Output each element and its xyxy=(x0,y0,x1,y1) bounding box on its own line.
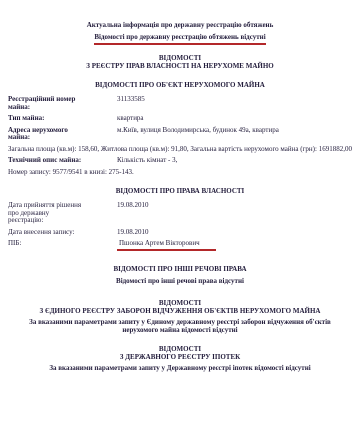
object-fields: Реєстраційний номер майна: 31133585 Тип … xyxy=(0,96,360,176)
encumbrance-notice-line2: Відомості про державну реєстрацію обтяже… xyxy=(0,33,360,45)
prohibitions-title: ВІДОМОСТІ З ЄДИНОГО РЕЄСТРУ ЗАБОРОН ВІДЧ… xyxy=(0,299,360,315)
field-value: 19.08.2010 xyxy=(117,202,354,225)
field-label: Тип майна: xyxy=(8,115,110,123)
prohibitions-note: За вказаними параметрами запиту у Єдином… xyxy=(0,318,360,334)
field-value: квартира xyxy=(117,115,354,123)
registry-title: ВІДОМОСТІ З РЕЄСТРУ ПРАВ ВЛАСНОСТІ НА НЕ… xyxy=(0,54,360,70)
field-value: м.Київ, вулиця Володимирська, будинок 49… xyxy=(117,127,354,142)
red-underline-annotation: Пшонка Артем Вікторович xyxy=(117,240,216,251)
field-value: Кількість кімнат - 3, xyxy=(117,157,354,165)
field-row-type: Тип майна: квартира xyxy=(0,115,360,123)
mortgages-title-line2: З ДЕРЖАВНОГО РЕЄСТРУ ІПОТЕК xyxy=(0,353,360,361)
field-label: Адреса нерухомого майна: xyxy=(8,127,110,142)
field-label: ПІБ: xyxy=(8,240,110,251)
mortgages-title: ВІДОМОСТІ З ДЕРЖАВНОГО РЕЄСТРУ ІПОТЕК xyxy=(0,345,360,361)
prohibitions-title-line2: З ЄДИНОГО РЕЄСТРУ ЗАБОРОН ВІДЧУЖЕННЯ ОБ'… xyxy=(0,307,360,315)
red-underline-annotation: Відомості про державну реєстрацію обтяже… xyxy=(94,33,265,45)
field-label: Реєстраційний номер майна: xyxy=(8,96,110,111)
registry-title-line1: ВІДОМОСТІ xyxy=(0,54,360,62)
record-number-line: Номер запису: 9577/9541 в книзі: 275-143… xyxy=(0,169,360,177)
prohibitions-title-line1: ВІДОМОСТІ xyxy=(0,299,360,307)
mortgages-note: За вказаними параметрами запиту у Держав… xyxy=(0,364,360,372)
field-value: Пшонка Артем Вікторович xyxy=(117,240,354,251)
field-row-decision-date: Дата прийняття рішення про державну реєс… xyxy=(0,202,360,225)
encumbrance-notice: Актуальна інформація про державну реєстр… xyxy=(0,21,360,45)
other-rights-note: Відомості про інші речові права відсутні xyxy=(0,277,360,285)
field-row-address: Адреса нерухомого майна: м.Київ, вулиця … xyxy=(0,127,360,142)
field-row-owner-name: ПІБ: Пшонка Артем Вікторович xyxy=(0,240,360,251)
object-section-title: ВІДОМОСТІ ПРО ОБ'ЄКТ НЕРУХОМОГО МАЙНА xyxy=(0,81,360,90)
document-page: Актуальна інформація про державну реєстр… xyxy=(0,0,360,447)
mortgages-title-line1: ВІДОМОСТІ xyxy=(0,345,360,353)
field-value: 31133585 xyxy=(117,96,354,111)
field-value: 19.08.2010 xyxy=(117,229,354,237)
ownership-section-title: ВІДОМОСТІ ПРО ПРАВА ВЛАСНОСТІ xyxy=(0,187,360,196)
field-row-tech-description: Технічний опис майна: Кількість кімнат -… xyxy=(0,157,360,165)
field-row-reg-number: Реєстраційний номер майна: 31133585 xyxy=(0,96,360,111)
encumbrance-notice-line1: Актуальна інформація про державну реєстр… xyxy=(0,21,360,30)
ownership-fields: Дата прийняття рішення про державну реєс… xyxy=(0,202,360,251)
area-paragraph: Загальна площа (кв.м): 158,60, Житлова п… xyxy=(0,146,360,154)
field-label: Технічний опис майна: xyxy=(8,157,110,165)
other-rights-title: ВІДОМОСТІ ПРО ІНШІ РЕЧОВІ ПРАВА xyxy=(0,265,360,274)
registry-title-line2: З РЕЄСТРУ ПРАВ ВЛАСНОСТІ НА НЕРУХОМЕ МАЙ… xyxy=(0,62,360,70)
field-row-entry-date: Дата внесення запису: 19.08.2010 xyxy=(0,229,360,237)
field-label: Дата прийняття рішення про державну реєс… xyxy=(8,202,110,225)
field-label: Дата внесення запису: xyxy=(8,229,110,237)
